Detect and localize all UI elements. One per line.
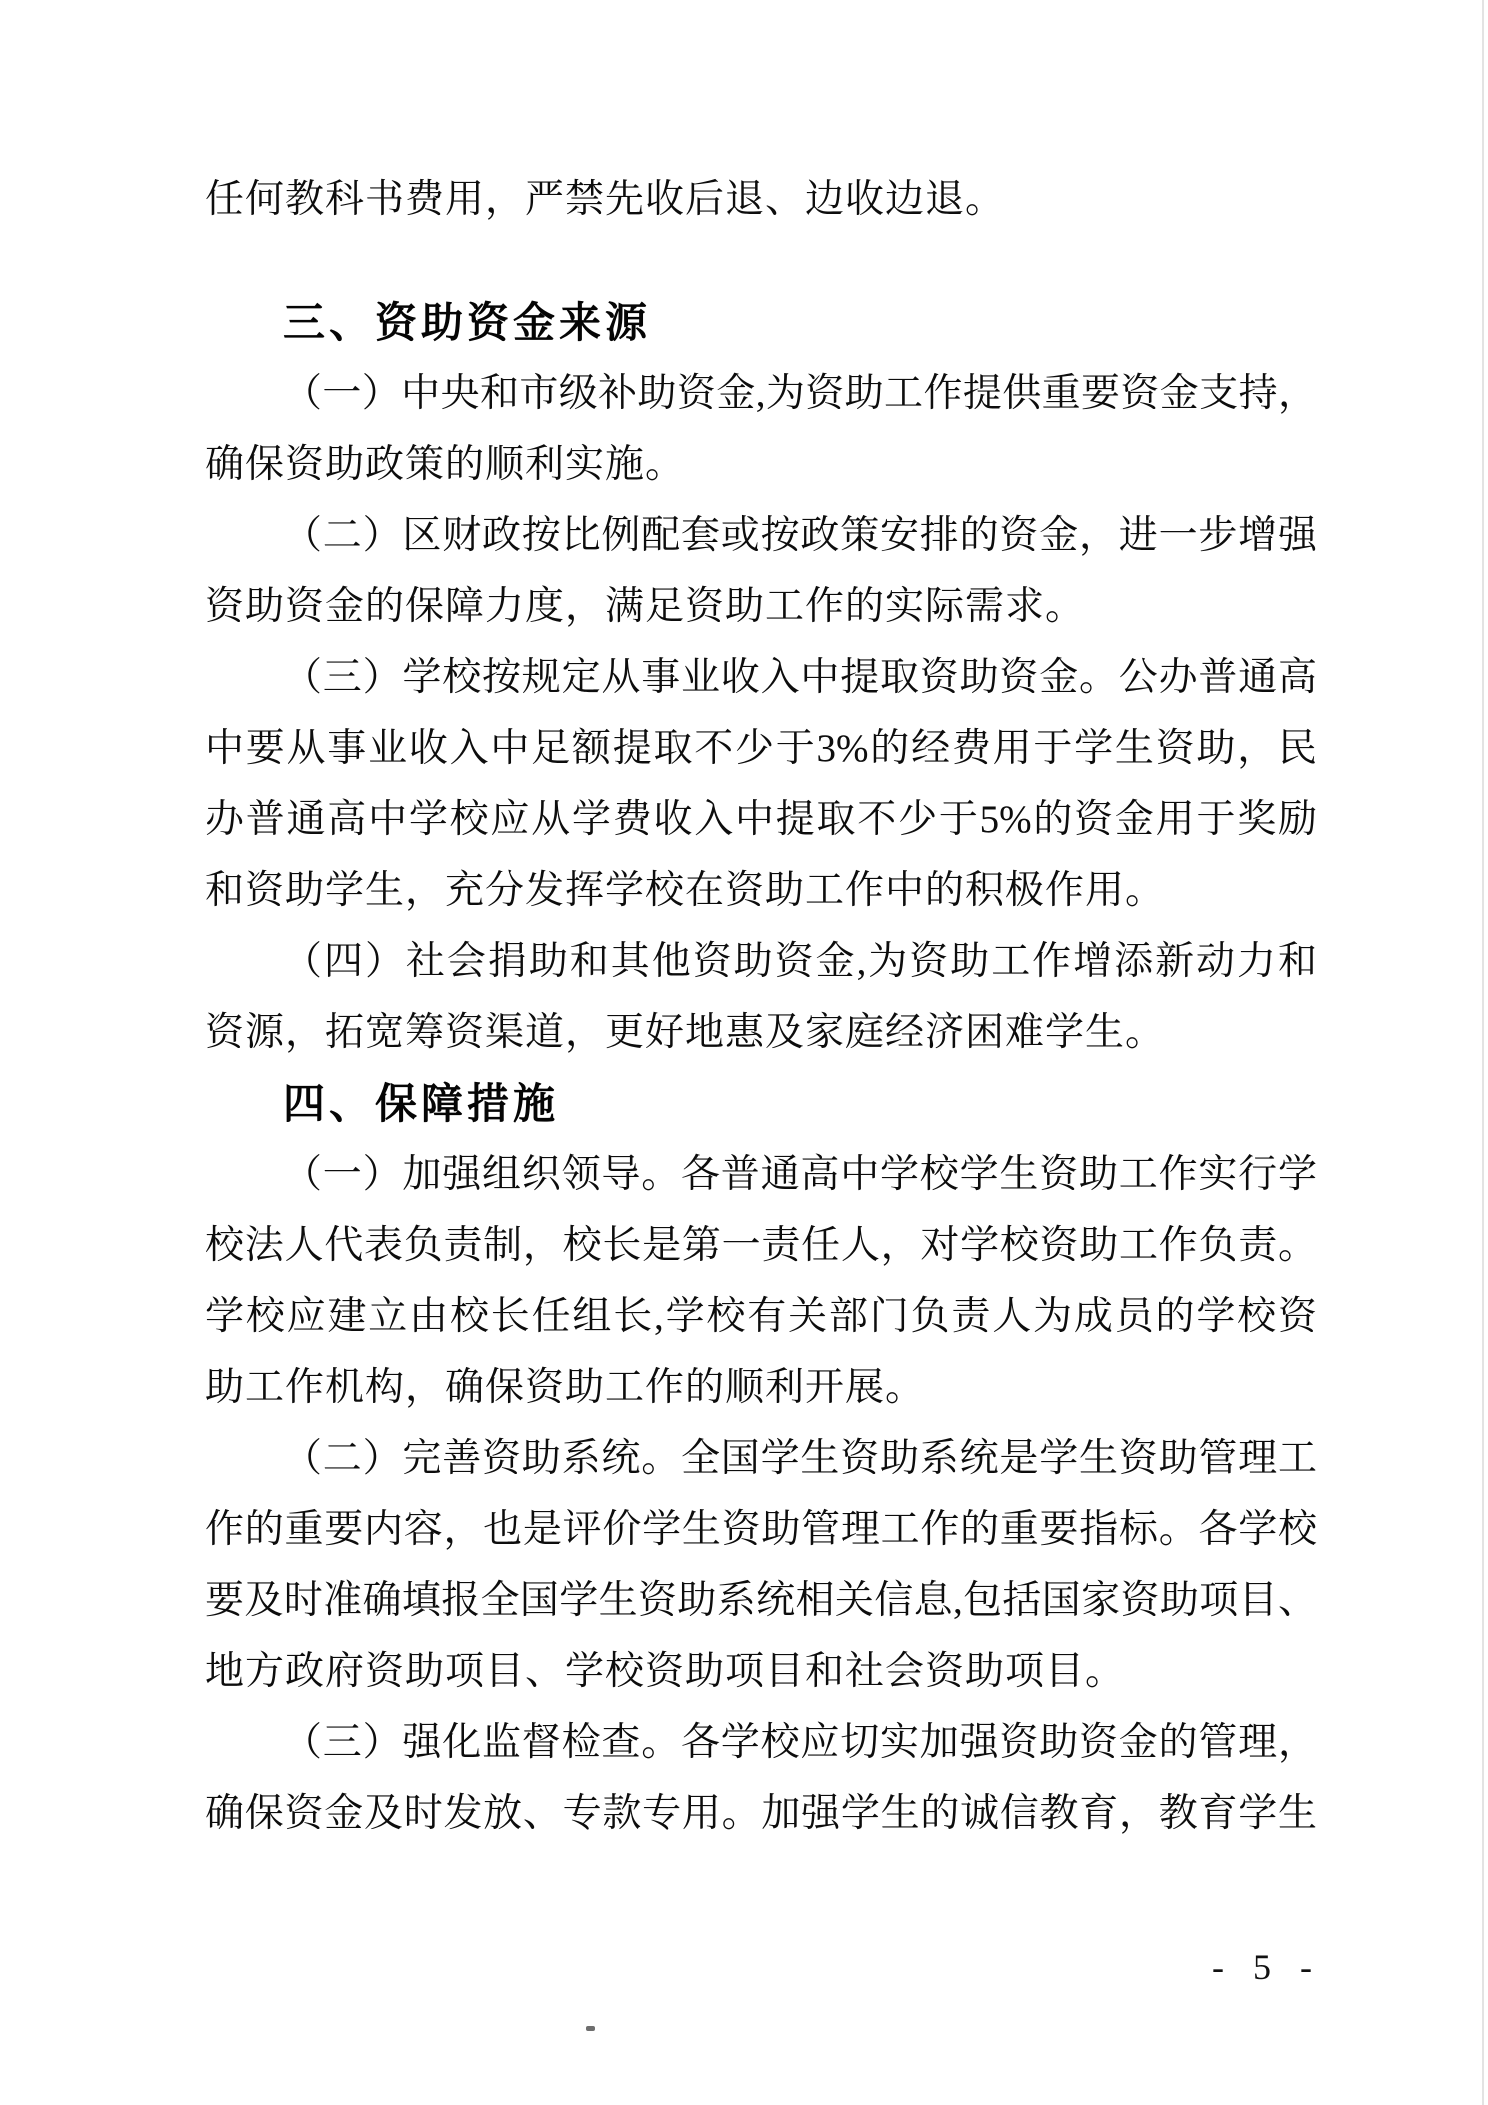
text-line: 中要从事业收入中足额提取不少于3%的经费用于学生资助，民 <box>205 713 1317 784</box>
text-line: 确保资金及时发放、专款专用。加强学生的诚信教育，教育学生 <box>205 1778 1317 1849</box>
text-line: （二）区财政按比例配套或按政策安排的资金，进一步增强 <box>205 500 1317 571</box>
scan-speck-artifact <box>586 2026 595 2031</box>
text-line: 资源，拓宽筹资渠道，更好地惠及家庭经济困难学生。 <box>205 997 1317 1068</box>
text-line: （三）强化监督检查。各学校应切实加强资助资金的管理， <box>205 1707 1317 1778</box>
scanned-document-page: 任何教科书费用，严禁先收后退、边收边退。三、资助资金来源（一）中央和市级补助资金… <box>0 0 1488 2105</box>
document-body: 任何教科书费用，严禁先收后退、边收边退。三、资助资金来源（一）中央和市级补助资金… <box>205 164 1317 1849</box>
text-line: 地方政府资助项目、学校资助项目和社会资助项目。 <box>205 1636 1317 1707</box>
text-line: 确保资助政策的顺利实施。 <box>205 429 1317 500</box>
page-number: - 5 - <box>1212 1946 1322 1988</box>
text-line: 校法人代表负责制，校长是第一责任人，对学校资助工作负责。 <box>205 1210 1317 1281</box>
section-heading: 三、资助资金来源 <box>205 287 1317 358</box>
text-line: 和资助学生，充分发挥学校在资助工作中的积极作用。 <box>205 855 1317 926</box>
text-line: （三）学校按规定从事业收入中提取资助资金。公办普通高 <box>205 642 1317 713</box>
text-line: （二）完善资助系统。全国学生资助系统是学生资助管理工 <box>205 1423 1317 1494</box>
text-line: 作的重要内容，也是评价学生资助管理工作的重要指标。各学校 <box>205 1494 1317 1565</box>
text-line: 要及时准确填报全国学生资助系统相关信息,包括国家资助项目、 <box>205 1565 1317 1636</box>
text-line: 学校应建立由校长任组长,学校有关部门负责人为成员的学校资 <box>205 1281 1317 1352</box>
text-line: 助工作机构，确保资助工作的顺利开展。 <box>205 1352 1317 1423</box>
section-heading: 四、保障措施 <box>205 1068 1317 1139</box>
text-line: （一）加强组织领导。各普通高中学校学生资助工作实行学 <box>205 1139 1317 1210</box>
text-line: （四）社会捐助和其他资助资金,为资助工作增添新动力和 <box>205 926 1317 997</box>
text-line: （一）中央和市级补助资金,为资助工作提供重要资金支持， <box>205 358 1317 429</box>
text-line: 任何教科书费用，严禁先收后退、边收边退。 <box>205 164 1317 235</box>
scan-edge-artifact <box>1482 0 1484 2105</box>
text-line: 资助资金的保障力度，满足资助工作的实际需求。 <box>205 571 1317 642</box>
text-line: 办普通高中学校应从学费收入中提取不少于5%的资金用于奖励 <box>205 784 1317 855</box>
